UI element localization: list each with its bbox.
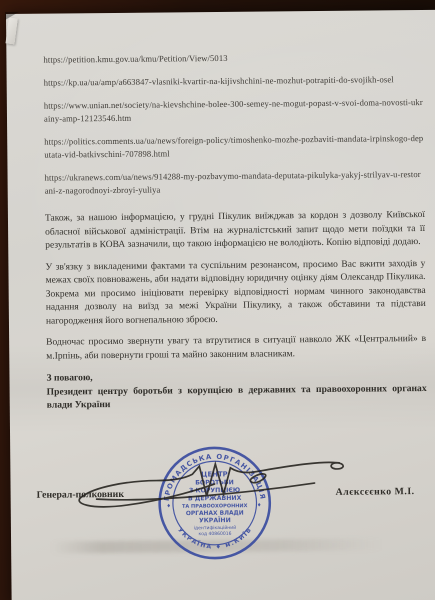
link-url: https://petition.kmu.gov.ua/kmu/Petition… bbox=[43, 50, 423, 67]
body-paragraph: У зв'язку з викладеними фактами та суспі… bbox=[45, 257, 426, 328]
link-url: https://www.unian.net/society/na-kievshc… bbox=[44, 96, 424, 126]
link-url: https://kp.ua/ua/amp/a663847-vlasniki-kv… bbox=[44, 73, 424, 90]
signer-title: Президент центру боротьби з корупцією в … bbox=[47, 381, 427, 412]
document-page: https://petition.kmu.gov.ua/kmu/Petition… bbox=[6, 10, 435, 600]
link-url: https://ukranews.com/ua/news/914288-my-p… bbox=[45, 168, 425, 198]
body-paragraph: Водночас просимо звернути увагу та втрут… bbox=[46, 333, 426, 364]
body-paragraph: Також, за нашою інформацією, у грудні Пі… bbox=[45, 209, 425, 253]
photo-background: https://petition.kmu.gov.ua/kmu/Petition… bbox=[0, 0, 435, 600]
letter-body: https://petition.kmu.gov.ua/kmu/Petition… bbox=[6, 10, 435, 413]
link-url: https://politics.comments.ua/ua/news/for… bbox=[44, 132, 424, 162]
handwritten-signature bbox=[56, 451, 357, 534]
